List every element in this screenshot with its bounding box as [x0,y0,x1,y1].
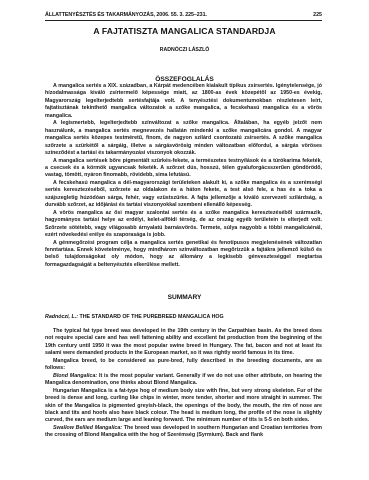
abstract-paragraph: A mangalica sertés a XIX. században, a K… [45,83,322,120]
abstract-paragraph: A fecskehasú mangalica a dél-magyarorszá… [45,180,322,210]
paragraph-text: The typical fat type breed was developed… [45,328,322,356]
summary-paragraph: Hungarian Mangalica is a fat-type hog of… [45,388,322,425]
abstract-paragraph: A génmegőrzési program célja a mangalica… [45,240,322,270]
running-header: ÁLLATTENYÉSZTÉS ÉS TAKARMÁNYOZÁS, 2006. … [45,11,322,21]
paragraph-lead: Swallow Bellied Mangalica: [53,425,122,431]
paragraph-lead: Blond Mangalica: [53,373,97,379]
journal-page: ÁLLATTENYÉSZTÉS ÉS TAKARMÁNYOZÁS, 2006. … [0,0,369,480]
summary-paragraph: Swallow Bellied Mangalica: The breed was… [45,425,322,440]
summary-paragraph: Blond Mangalica: It is the most popular … [45,373,322,388]
article-title: A FAJTATISZTA MANGALICA STANDARDJA [0,26,369,36]
paragraph-text: Hungarian Mangalica is a fat-type hog of… [45,388,322,424]
summary-paragraph: The typical fat type breed was developed… [45,328,322,358]
summary-reference: Radnóczi, L.: THE STANDARD OF THE PUREBR… [45,314,322,320]
summary-reference-author: Radnóczi, L.: [45,314,78,320]
abstract-heading-hu: ÖSSZEFOGLALÁS [0,76,369,83]
page-number: 225 [313,11,322,19]
abstract-paragraph: A vörös mangalica az ősi magyar szalonta… [45,210,322,240]
paragraph-text: Mangalica breed, to be considered as pur… [45,358,322,371]
summary-paragraph: Mangalica breed, to be considered as pur… [45,358,322,373]
summary-body: The typical fat type breed was developed… [45,328,322,440]
article-author: RADNÓCZI LÁSZLÓ [0,47,369,53]
abstract-hu-body: A mangalica sertés a XIX. században, a K… [45,83,322,269]
abstract-paragraph: A legismertebb, legelterjedtebb színvált… [45,120,322,157]
summary-heading: SUMMARY [0,294,369,301]
abstract-paragraph: A mangalica sertések bőre pigmentált szü… [45,158,322,180]
summary-reference-title: THE STANDARD OF THE PUREBREED MANGALICA … [79,314,223,320]
journal-citation: ÁLLATTENYÉSZTÉS ÉS TAKARMÁNYOZÁS, 2006. … [45,11,207,19]
